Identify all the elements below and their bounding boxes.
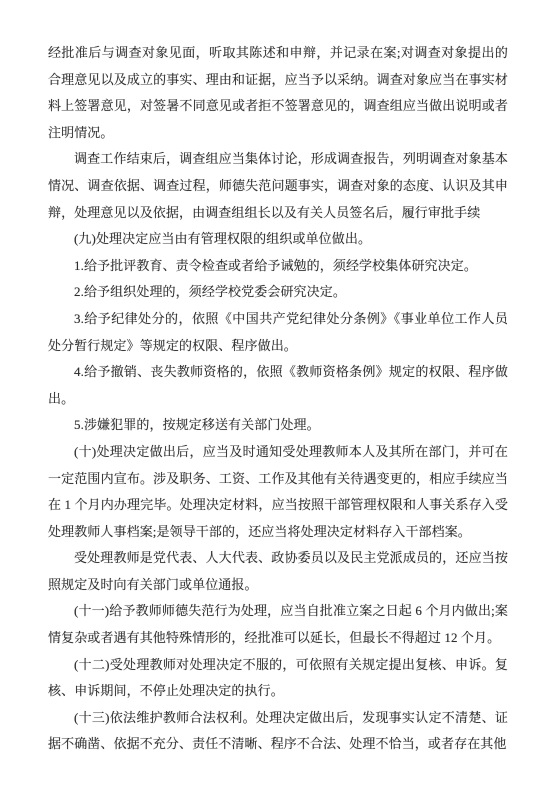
paragraph: (十三)依法维护教师合法权利。处理决定做出后，发现事实认定不清楚、证据不确凿、依…	[48, 705, 508, 758]
document-page: 经批准后与调查对象见面，听取其陈述和申辩，并记录在案;对调查对象提出的合理意见以…	[0, 0, 555, 785]
paragraph: 2.给予组织处理的，须经学校党委会研究决定。	[48, 279, 508, 306]
paragraph: (十)处理决定做出后，应当及时通知受处理教师本人及其所在部门，并可在一定范围内宣…	[48, 439, 508, 545]
paragraph: 5.涉嫌犯罪的，按规定移送有关部门处理。	[48, 412, 508, 439]
paragraph: (十二)受处理教师对处理决定不服的，可依照有关规定提出复核、申诉。复核、申诉期间…	[48, 652, 508, 705]
paragraph: 4.给予撤销、丧失教师资格的，依照《教师资格条例》规定的权限、程序做出。	[48, 359, 508, 412]
paragraph: 1.给予批评教育、责令检查或者给予诫勉的，须经学校集体研究决定。	[48, 253, 508, 280]
paragraph: 经批准后与调查对象见面，听取其陈述和申辩，并记录在案;对调查对象提出的合理意见以…	[48, 40, 508, 146]
paragraph: (九)处理决定应当由有管理权限的组织或单位做出。	[48, 226, 508, 253]
paragraph: 受处理教师是党代表、人大代表、政协委员以及民主党派成员的，还应当按照规定及时向有…	[48, 545, 508, 598]
paragraph: 3.给予纪律处分的，依照《中国共产党纪律处分条例》《事业单位工作人员处分暂行规定…	[48, 306, 508, 359]
paragraph: (十一)给予教师师德失范行为处理，应当自批准立案之日起 6 个月内做出;案情复杂…	[48, 598, 508, 651]
paragraph: 调查工作结束后，调查组应当集体讨论，形成调查报告，列明调查对象基本情况、调查依据…	[48, 146, 508, 226]
